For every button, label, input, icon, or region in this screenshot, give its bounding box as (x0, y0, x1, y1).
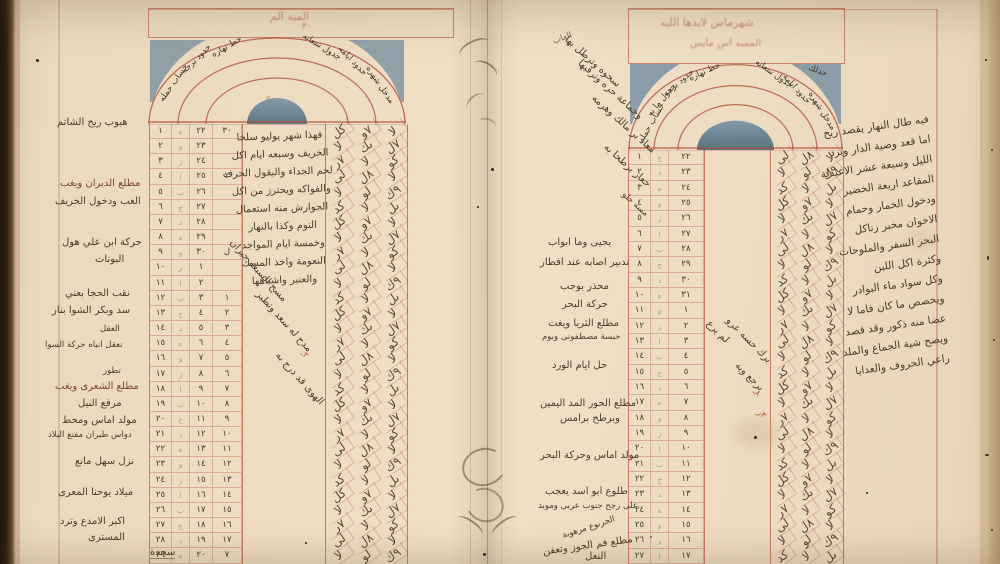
table-cell: ٣ (150, 154, 172, 169)
table-cell: و (651, 518, 669, 533)
margin-note: على رجح جنوب عربى وموبد (538, 501, 638, 511)
table-cell: ٢٧ (190, 200, 213, 215)
frame-rule (843, 9, 937, 10)
table-cell: ٥ (669, 365, 704, 380)
table-cell: و (172, 351, 190, 366)
table-cell: ب (651, 242, 669, 257)
table-cell: ٦ (150, 200, 172, 215)
table-cell: ا (172, 488, 190, 503)
table-cell: ج (172, 518, 190, 533)
table-cell: ١٠ (669, 441, 704, 456)
table-cell: ٢٢ (150, 442, 172, 457)
paper-speck (754, 436, 757, 439)
margin-note: مطلع الحور المد اليمين (540, 398, 636, 409)
table-cell: ب (172, 503, 190, 518)
table-cell: ٧ (669, 395, 704, 410)
table-cell: ١٨ (150, 382, 172, 397)
margin-note: محذر بوجب (560, 281, 609, 292)
table-cell: ٢٤ (190, 154, 213, 169)
table-cell: ٢٩ (669, 257, 704, 272)
paper-stain (735, 418, 777, 448)
table-cell: ز (172, 260, 190, 275)
table-cell: ١٦ (669, 533, 704, 548)
margin-note: ميلاد يوحنا المعرى (58, 487, 133, 498)
table-cell: ١٥ (213, 503, 242, 518)
table-cell: ٢٧ (629, 549, 651, 564)
table-cell: ج (651, 150, 669, 165)
table-cell: ٢٠ (150, 412, 172, 427)
margin-note: النعل (585, 551, 606, 562)
margin-note: تدبير اصابه عند افطار (540, 257, 629, 268)
table-cell: ٦ (213, 367, 242, 382)
table-cell: ١ (669, 303, 704, 318)
margin-note: يحيى وما ابواب (548, 237, 611, 248)
table-cell: ٦ (629, 227, 651, 242)
table-cell: ١١ (213, 442, 242, 457)
table-cell: ٧ (213, 548, 242, 563)
table-cell: ٢٣ (150, 457, 172, 472)
table-cell: ٧ (150, 215, 172, 230)
table-cell: ٢٣ (190, 139, 213, 154)
table-cell: ١٣ (150, 306, 172, 321)
table-cell: ٢٥ (629, 518, 651, 533)
table-cell: ٢٨ (669, 242, 704, 257)
table-cell: ز (172, 367, 190, 382)
table-cell: ا (172, 276, 190, 291)
table-cell: ١٧ (213, 533, 242, 548)
table-cell: ١٧ (669, 549, 704, 564)
margin-note: هبوب ريح الشاتم (57, 117, 128, 128)
table-cell: ٣ (669, 334, 704, 349)
table-cell: ٣ (190, 291, 213, 306)
paper-speck (866, 492, 868, 494)
table-cell: ١٩ (190, 533, 213, 548)
table-cell: ١٣ (190, 442, 213, 457)
table-cell: و (651, 303, 669, 318)
table-cell: ١٤ (190, 457, 213, 472)
table-cell: ١٣ (213, 473, 242, 488)
table-cell: ٩ (629, 273, 651, 288)
table-cell: ٧ (213, 382, 242, 397)
table-cell: ٢١ (150, 427, 172, 442)
table-cell: د (651, 487, 669, 502)
table-cell: ا (651, 227, 669, 242)
diagonal-note: ىرجع وبه (733, 360, 766, 393)
table-cell: ٢ (190, 276, 213, 291)
margin-note: العقل (100, 324, 120, 334)
table-cell: ١٦ (213, 518, 242, 533)
table-cell: ٨ (629, 257, 651, 272)
margin-note: اكبر الامدع وترد (60, 516, 125, 527)
table-cell: ٤ (190, 306, 213, 321)
table-cell: ه (172, 336, 190, 351)
table-cell: ب (172, 397, 190, 412)
table-cell: ١١ (629, 303, 651, 318)
right-margin-text-block: فيه طال النهار يقصد ربح اما قعد وصية الد… (825, 116, 951, 384)
table-cell: ٧ (629, 242, 651, 257)
table-cell: ٢٤ (150, 473, 172, 488)
table-cell: ٢٢ (190, 124, 213, 139)
paragraph-line: والعنبر واشباهها (232, 270, 337, 292)
paper-speck (491, 168, 494, 171)
table-cell: ا (651, 334, 669, 349)
table-cell: د (651, 380, 669, 395)
table-cell: ب (651, 349, 669, 364)
diagonal-note: برك حسه عرو (724, 315, 774, 365)
margin-note: مطلع الثريا ويغت (548, 318, 619, 329)
table-cell: د (172, 427, 190, 442)
table-cell: ١١ (190, 412, 213, 427)
table-cell: ١٦ (150, 351, 172, 366)
margin-note: نعقل انباه حركة السوا (45, 340, 122, 350)
margin-note: الغب ودخول الخريف (55, 196, 141, 207)
right-page-title: شهرماس لايدها الليه (660, 16, 754, 29)
table-cell: ٢ (669, 319, 704, 334)
manuscript-photo: الميه الم ٣٠ حساب حمله حدود برجه خط نهار… (0, 0, 1000, 564)
book-right-edge (980, 0, 1000, 564)
margin-note: البونات (95, 254, 124, 265)
table-cell: ٨ (669, 411, 704, 426)
table-cell: ٧ (190, 351, 213, 366)
table-cell: ١ (213, 291, 242, 306)
book-left-edge (0, 0, 16, 564)
table-cell: ٨ (213, 397, 242, 412)
left-value-columns: كل٧ولالاىك٧ل٧رلاكولى٨للالالو٩ككدلاىلكل٧و… (325, 124, 408, 564)
table-cell: ج (172, 412, 190, 427)
table-cell: ج (172, 200, 190, 215)
margin-note: وبرطح برامس (560, 413, 620, 424)
table-cell: ا (172, 169, 190, 184)
table-cell: ٥ (213, 351, 242, 366)
table-cell: ج (651, 472, 669, 487)
table-cell: ١١ (150, 276, 172, 291)
table-cell: ٥ (150, 185, 172, 200)
underlying-page-edge (58, 0, 60, 564)
table-cell: و (172, 245, 190, 260)
table-cell: ز (172, 473, 190, 488)
table-cell: ١٥ (190, 473, 213, 488)
table-cell: ١٢ (190, 427, 213, 442)
table-cell: ١٨ (190, 518, 213, 533)
margin-note: مرفع النيل (78, 398, 122, 409)
table-cell: ١٠ (629, 288, 651, 303)
table-cell: ج (172, 306, 190, 321)
paragraph-line: الجوارش منه استعمال (230, 198, 335, 220)
table-cell: و (172, 139, 190, 154)
table-cell: ج (651, 365, 669, 380)
table-cell: ا (172, 382, 190, 397)
table-cell: د (651, 273, 669, 288)
table-cell: د (172, 321, 190, 336)
margin-note: حركة البحر (562, 299, 608, 310)
margin-note: حل ايام الورد (552, 360, 607, 371)
table-cell: ٢٢ (629, 472, 651, 487)
paper-speck (305, 542, 307, 544)
margin-note: نزل سهل مانع (75, 456, 134, 467)
table-cell: ٢٦ (190, 185, 213, 200)
table-cell: ب (172, 291, 190, 306)
table-cell: ز (172, 154, 190, 169)
table-cell: ١٤ (213, 488, 242, 503)
table-cell: ٣٠ (669, 273, 704, 288)
paper-speck (650, 536, 652, 538)
table-cell: ٢ (213, 306, 242, 321)
table-cell: ه (651, 181, 669, 196)
paper-speck (483, 553, 486, 556)
table-cell: ١٥ (629, 365, 651, 380)
table-cell: ١٢ (629, 319, 651, 334)
table-cell: ٥ (190, 321, 213, 336)
table-cell: ٨ (190, 367, 213, 382)
table-cell: ١ (150, 124, 172, 139)
table-cell: ه (651, 503, 669, 518)
table-cell: ٩ (150, 245, 172, 260)
table-cell: ب (651, 457, 669, 472)
table-cell: ١٣ (629, 334, 651, 349)
table-cell: ه (172, 442, 190, 457)
table-cell: ٣ (213, 321, 242, 336)
margin-note: نقب الحجا بعني (65, 288, 130, 299)
table-cell: ٦ (190, 336, 213, 351)
table-cell: ١٢ (213, 457, 242, 472)
table-cell: ا (651, 441, 669, 456)
table-cell: و (651, 411, 669, 426)
table-cell: ١٦ (190, 488, 213, 503)
table-cell: ١١ (669, 457, 704, 472)
table-cell: ١٥ (150, 336, 172, 351)
table-cell: ٢٣ (669, 165, 704, 180)
table-cell: ١٥ (669, 518, 704, 533)
table-cell: ب (172, 185, 190, 200)
table-cell: ١٧ (150, 367, 172, 382)
table-cell: ١٨ (629, 411, 651, 426)
table-cell: ٢٥ (669, 196, 704, 211)
table-cell: ه (172, 124, 190, 139)
table-cell: ٤ (213, 336, 242, 351)
margin-note: مطلع الشعرى ويغب (55, 381, 139, 392)
table-cell: ه (651, 288, 669, 303)
table-cell: ١٦ (629, 380, 651, 395)
table-cell: ١٤ (150, 321, 172, 336)
table-cell: و (651, 196, 669, 211)
table-cell: ز (651, 211, 669, 226)
table-cell: ١٠ (190, 397, 213, 412)
margin-note: طلوع ابو اسد يعجب (545, 486, 628, 497)
table-cell: ٣٠ (190, 245, 213, 260)
table-cell: ٣١ (669, 288, 704, 303)
margin-note: مطلع الدبران ويغب (60, 178, 140, 189)
margin-note: سد وبكر الشوا بنار (52, 305, 130, 316)
table-cell: ٢٤ (669, 181, 704, 196)
table-cell: ٢٧ (150, 518, 172, 533)
table-cell: ز (651, 319, 669, 334)
gutter-fold-line (501, 0, 502, 564)
table-cell: ٢٢ (669, 150, 704, 165)
table-cell: ٢٨ (190, 215, 213, 230)
table-cell: ١٣ (669, 487, 704, 502)
margin-note: مولد اماس وحركة البحر (540, 450, 639, 461)
table-cell: ٩ (669, 426, 704, 441)
table-cell: ز (651, 426, 669, 441)
table-cell: ١٢ (669, 472, 704, 487)
table-cell: د (172, 215, 190, 230)
table-cell: ٢٦ (150, 503, 172, 518)
table-cell: ١٧ (190, 503, 213, 518)
margin-note: تطور (103, 366, 121, 376)
margin-note: المسترى (88, 532, 125, 543)
margin-note: سجدة (150, 547, 175, 559)
table-cell: ١٤ (629, 349, 651, 364)
table-cell: ٦ (669, 380, 704, 395)
table-cell: د (651, 165, 669, 180)
table-cell: ١٩ (629, 426, 651, 441)
left-arch-diagram (148, 36, 406, 124)
table-cell: ٢٦ (669, 211, 704, 226)
left-page-title-number: ٣٠ (302, 22, 312, 32)
arch-center-mark: ٣٠ (266, 94, 275, 103)
table-cell: ه (651, 395, 669, 410)
table-cell: ١٤ (669, 503, 704, 518)
table-cell: ٢ (150, 139, 172, 154)
table-cell: ٤ (150, 169, 172, 184)
left-center-paragraph: فهذا شهر يوليو سلخا الخريف وسبعه ايام اك… (227, 126, 337, 292)
table-cell: ٢٠ (190, 548, 213, 563)
right-page-title-line2: المسه اس مايس (690, 38, 761, 49)
table-cell: ١٠ (150, 260, 172, 275)
table-cell: ٢٧ (669, 227, 704, 242)
table-cell: ٩ (190, 382, 213, 397)
table-cell: ١ (190, 260, 213, 275)
table-cell: ج (651, 257, 669, 272)
table-cell: ١٢ (150, 291, 172, 306)
table-cell: ٩ (213, 412, 242, 427)
table-cell: ٢٩ (190, 230, 213, 245)
margin-note: حبسة مصطفونى وبوم (542, 332, 621, 342)
table-cell: ا (651, 549, 669, 564)
paper-speck (477, 206, 479, 208)
margin-note: مولد اماس ومحط (62, 415, 137, 426)
paper-speck (36, 59, 39, 62)
table-cell: ١٠ (213, 427, 242, 442)
table-cell: ه (172, 230, 190, 245)
table-cell: ١٩ (150, 397, 172, 412)
margin-note: دواس طيران مفتع البلاد (48, 430, 132, 440)
table-cell: ٨ (150, 230, 172, 245)
book-left-edge-tint (16, 0, 20, 564)
table-cell: و (172, 457, 190, 472)
diagonal-note: الهوى قد درج به (273, 350, 326, 407)
margin-note: حركة ابن علي هول (62, 237, 142, 248)
table-cell: ٤ (669, 349, 704, 364)
table-cell: ز (651, 533, 669, 548)
paper-stain (908, 230, 934, 250)
table-cell: ٢٥ (190, 169, 213, 184)
table-cell: ٢٥ (150, 488, 172, 503)
